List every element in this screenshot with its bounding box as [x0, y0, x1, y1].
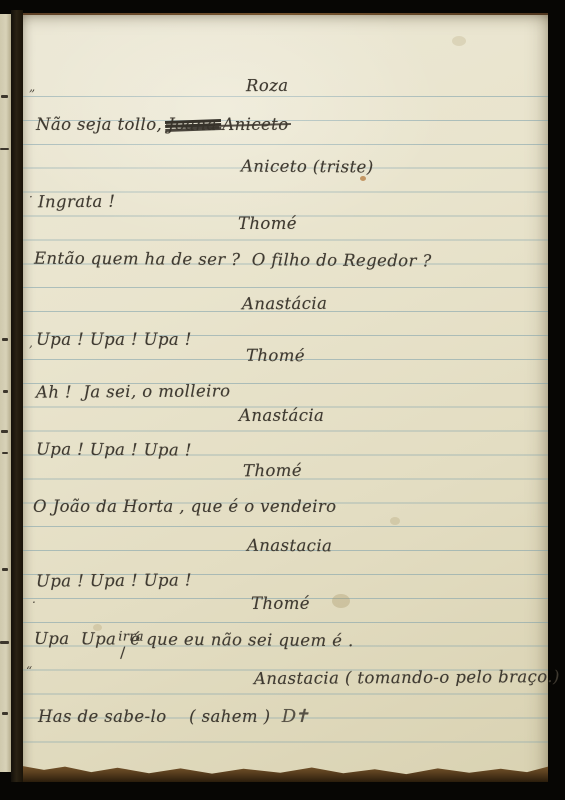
facing-page-ink-mark	[1, 95, 8, 98]
facing-page-ink-mark	[2, 452, 8, 454]
binding-gutter	[11, 10, 23, 782]
handwriting-segment: é que eu não sei quem é .	[130, 630, 353, 651]
handwritten-character-name: Aniceto (triste)	[241, 157, 374, 177]
handwritten-dialogue: Has de sabe-lo ( sahem ) D✝	[38, 706, 307, 727]
scribbled-out-word: Joana	[168, 115, 217, 134]
margin-ink-mark: “	[26, 664, 32, 678]
handwriting-segment: Não seja tollo,	[36, 115, 168, 134]
handwritten-dialogue: O João da Horta , que é o vendeiro	[33, 497, 337, 516]
handwritten-dialogue: Então quem ha de ser ? O filho do Regedo…	[34, 249, 432, 271]
handwritten-dialogue: Não seja tollo, Joana Aniceto	[36, 115, 289, 134]
facing-page-ink-mark	[0, 148, 9, 150]
facing-page-ink-mark	[2, 568, 8, 571]
handwritten-character-name: Roza	[246, 76, 289, 95]
handwritten-dialogue: Upa Upairra∕é que eu não sei quem é .	[34, 629, 354, 650]
struck-through-word: Aniceto	[217, 115, 289, 134]
margin-ink-mark: .	[32, 592, 36, 606]
caret-icon: ∕	[120, 643, 126, 661]
handwriting-segment: Upa Upa	[34, 629, 116, 649]
margin-ink-mark: „	[29, 80, 35, 94]
margin-ink-mark: ,	[29, 336, 33, 350]
facing-page-ink-mark	[3, 390, 8, 393]
handwritten-dialogue: Upa ! Upa ! Upa !	[36, 570, 192, 590]
inserted-word: irra	[118, 629, 144, 644]
handwritten-character-name: Anastácia	[242, 294, 327, 314]
facing-page-ink-mark	[0, 641, 9, 644]
handwritten-dialogue: Upa ! Upa ! Upa !	[36, 330, 192, 349]
handwritten-dialogue: Upa ! Upa ! Upa !	[36, 439, 192, 459]
handwriting-segment: Has de sabe-lo ( sahem )	[38, 707, 282, 726]
handwritten-character-name: Thomé	[243, 461, 302, 480]
photograph-background: „·,.“ RozaNão seja tollo, Joana AnicetoA…	[0, 0, 565, 800]
facing-page-ink-mark	[2, 338, 8, 341]
facing-page-ink-mark	[1, 430, 8, 433]
facing-page-ink-mark	[2, 712, 8, 715]
handwritten-stage-direction: Anastacia ( tomando-o pelo braço.)	[254, 667, 560, 688]
handwritten-character-name: Thomé	[246, 346, 305, 365]
handwritten-character-name: Anastácia	[239, 406, 324, 425]
signature-flourish: D✝	[282, 706, 308, 727]
margin-ink-mark: ·	[29, 190, 33, 204]
handwritten-character-name: Anastacia	[247, 536, 332, 556]
handwritten-character-name: Thomé	[238, 214, 297, 233]
facing-page-edge	[0, 14, 11, 772]
handwritten-character-name: Thomé	[251, 594, 310, 613]
handwritten-dialogue: Ingrata !	[38, 192, 116, 212]
handwritten-dialogue: Ah ! Ja sei, o molleiro	[36, 381, 231, 401]
